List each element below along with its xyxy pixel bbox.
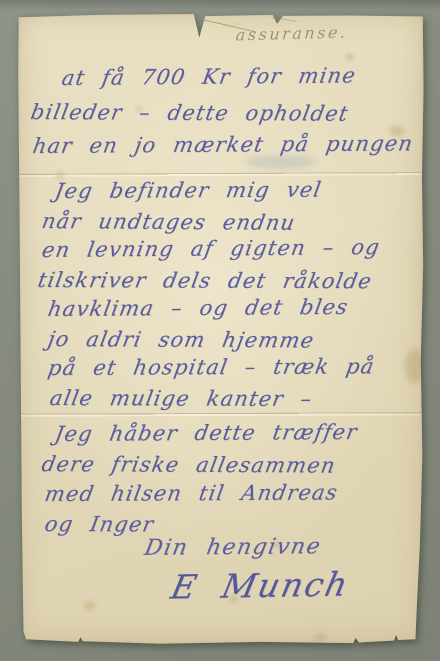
letter-paragraph-1: at få 700 Kr for mine billeder – dette o… — [31, 61, 413, 163]
letter-line: Jeg håber dette træffer — [52, 417, 360, 449]
letter-line: Jeg befinder mig vel — [52, 175, 382, 206]
age-spot — [315, 633, 326, 642]
pencil-annotation: assuranse. — [235, 23, 348, 45]
letter-line: med hilsen til Andreas — [42, 477, 360, 509]
scan-background: { "document": { "annotation": "assuranse… — [0, 0, 440, 661]
age-spot — [83, 601, 96, 611]
signature: E Munch — [167, 564, 353, 606]
letter-paper: assuranse. at få 700 Kr for mine billede… — [17, 13, 424, 645]
letter-line: dere friske allesammen — [39, 449, 359, 481]
age-spot — [405, 349, 425, 383]
letter-line: har en jo mærket på pungen — [30, 126, 416, 163]
letter-paragraph-3: Jeg håber dette træffer dere friske alle… — [31, 419, 357, 539]
letter-line: havklima – og det bles — [46, 293, 383, 325]
letter-line: billeder – dette opholdet — [28, 95, 416, 131]
letter-line: en levning af gigten – og — [40, 233, 383, 265]
letter-line: at få 700 Kr for mine — [59, 58, 416, 95]
letter-paper-wrapper: assuranse. at få 700 Kr for mine billede… — [17, 13, 424, 645]
letter-line: tilskriver dels det råkolde — [35, 266, 382, 297]
letter-line: jo aldri som hjemme — [45, 325, 381, 356]
letter-line: på et hospital – træk på — [45, 352, 382, 383]
letter-line: alle mulige kanter – — [47, 384, 382, 415]
torn-edge-nick-line — [271, 17, 297, 22]
letter-paragraph-2: Jeg befinder mig vel når undtages endnu … — [31, 177, 379, 413]
letter-closing: Din hengivne — [143, 534, 324, 561]
